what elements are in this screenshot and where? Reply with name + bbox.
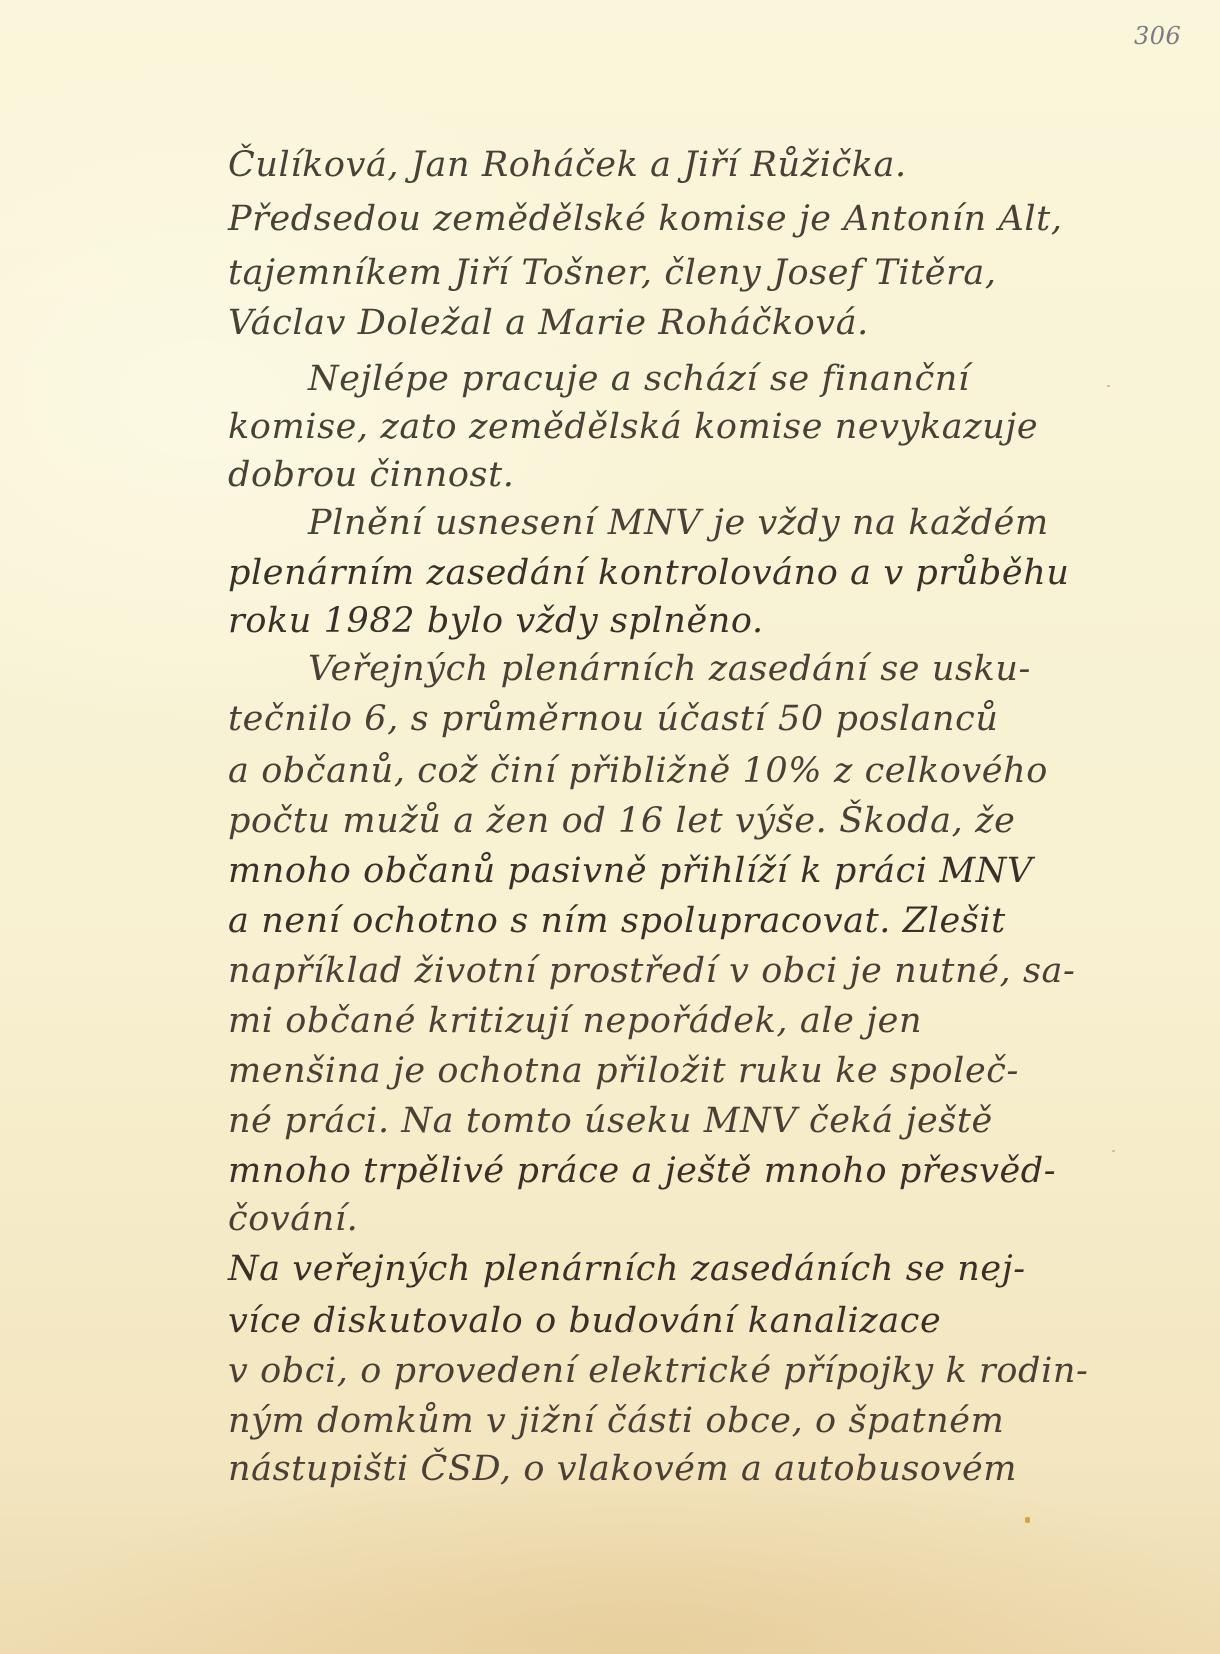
paragraph-start-line: Na veřejných plenárních zasedáních se ne… (228, 1247, 1026, 1291)
text-line: Čulíková, Jan Roháček a Jiří Růžička. (228, 143, 907, 187)
text-line: čování. (228, 1197, 358, 1241)
text-line: ným domkům v jižní části obce, o špatném (228, 1399, 1004, 1443)
text-line: a občanů, což činí přibližně 10% z celko… (228, 749, 1048, 793)
text-line: tajemníkem Jiří Tošner, členy Josef Titě… (228, 251, 997, 295)
paragraph-start-line: Plnění usnesení MNV je vždy na každém (308, 501, 1049, 545)
text-line: více diskutovalo o budování kanalizace (228, 1299, 941, 1343)
text-line: v obci, o provedení elektrické přípojky … (228, 1349, 1088, 1393)
text-line: komise, zato zemědělská komise nevykazuj… (228, 405, 1038, 449)
text-line: plenárním zasedání kontrolováno a v průb… (228, 551, 1070, 595)
text-line: mi občané kritizují nepořádek, ale jen (228, 999, 922, 1043)
text-line: tečnilo 6, s průměrnou účastí 50 poslanc… (228, 697, 999, 741)
text-line: dobrou činnost. (228, 453, 514, 497)
text-line: mnoho trpělivé práce a ještě mnoho přesv… (228, 1149, 1056, 1193)
text-line: například životní prostředí v obci je nu… (228, 949, 1075, 993)
text-line: menšina je ochotna přiložit ruku ke spol… (228, 1049, 1019, 1093)
text-line: Václav Doležal a Marie Roháčková. (228, 301, 869, 345)
text-line: a není ochotno s ním spolupracovat. Zleš… (228, 899, 1006, 943)
page-number: 306 (1134, 22, 1181, 50)
text-line: mnoho občanů pasivně přihlíží k práci MN… (228, 849, 1033, 893)
paper-speck (1107, 385, 1110, 387)
text-line: né práci. Na tomto úseku MNV čeká ještě (228, 1099, 993, 1143)
text-line: roku 1982 bylo vždy splněno. (228, 599, 764, 643)
text-line: Předsedou zemědělské komise je Antonín A… (228, 197, 1063, 241)
paragraph-start-line: Veřejných plenárních zasedání se usku- (308, 647, 1031, 691)
text-line: nástupišti ČSD, o vlakovém a autobusovém (228, 1447, 1017, 1491)
text-line: počtu mužů a žen od 16 let výše. Škoda, … (228, 799, 1015, 843)
chronicle-page: 306 Čulíková, Jan Roháček a Jiří Růžička… (0, 0, 1220, 1654)
paper-speck (1112, 1150, 1115, 1152)
paper-speck (630, 1330, 633, 1332)
paragraph-start-line: Nejlépe pracuje a schází se finanční (308, 357, 970, 401)
paper-stain (1025, 1517, 1030, 1523)
